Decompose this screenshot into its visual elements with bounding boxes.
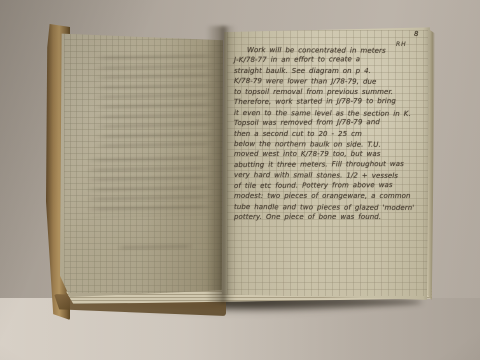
handwriting-line: abutting it three meters. Fill throughou… [234,159,428,171]
page-number: 8 [414,30,418,38]
handwriting-line: of tile etc found. Pottery from above wa… [234,180,428,192]
notebook-photo: 8 RH Work will be concentrated in meters… [0,0,480,360]
left-page [60,31,223,297]
handwriting-line: K/78-79 were lower than J/78-79, due [234,76,428,87]
handwriting-line: J-K/78-77 in an effort to create a [234,54,428,66]
gutter-shadow [206,26,236,304]
handwriting-line: straight baulk. See diagram on p 4. [234,66,428,76]
ink-showthrough [94,52,216,152]
handwritten-notes: Work will be concentrated in meters J-K/… [234,45,428,222]
handwriting-line: below the northern baulk on side. T.U. [234,139,428,150]
handwriting-line: Topsoil was removed from J/78-79 and [234,117,428,129]
handwriting-line: then a second cut to 20 - 25 cm [234,129,428,139]
ink-showthrough [116,242,194,252]
handwriting-line: Therefore, work started in J/78-79 to br… [234,96,428,108]
handwriting-line: modest: two pieces of orangeware, a comm… [234,191,428,201]
handwriting-line: tube handle and two pieces of glazed 'mo… [234,202,428,213]
handwriting-line: pottery. One piece of bone was found. [234,212,428,222]
right-page: 8 RH Work will be concentrated in meters… [221,26,432,304]
ink-showthrough [86,154,214,218]
